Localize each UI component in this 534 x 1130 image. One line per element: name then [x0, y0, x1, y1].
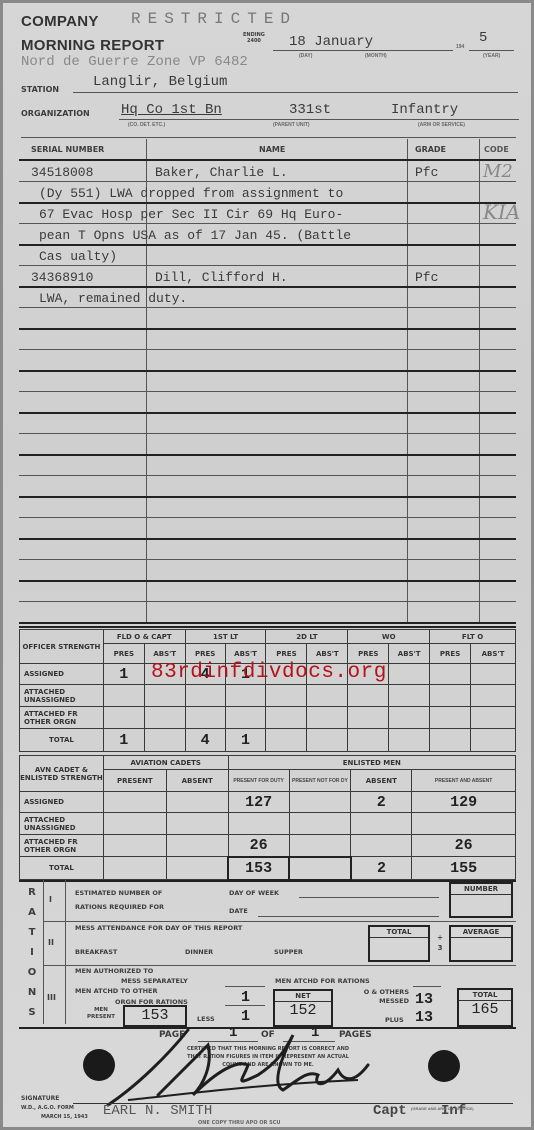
less-value: 1: [241, 1008, 250, 1025]
subcol-pres: PRES: [185, 644, 225, 664]
group-1st-lt: 1ST LT: [185, 630, 266, 644]
signer-name: EARL N. SMITH: [103, 1103, 212, 1119]
year-caption: (YEAR): [483, 53, 500, 59]
cell: [144, 664, 185, 685]
roster-line: [19, 412, 516, 414]
cell: [166, 792, 228, 813]
men-atchd-other-underline: [225, 1005, 265, 1006]
cert-line: THAT RATION FIGURES IN ITEM III REPRESEN…: [143, 1053, 393, 1061]
rations-total-box: TOTAL 165: [457, 988, 513, 1027]
rations-letter: A: [25, 903, 39, 923]
day-of-week-label: DAY OF WEEK: [229, 889, 279, 897]
men-authorized-label1: MEN AUTHORIZED TO: [75, 967, 153, 975]
col-cadet-present: PRESENT: [103, 770, 166, 792]
net-label: NET: [275, 991, 331, 1002]
organization-unit: Hq Co 1st Bn: [121, 102, 222, 118]
row-label: TOTAL: [20, 729, 104, 752]
row-label: ATTACHED UNASSIGNED: [20, 685, 104, 707]
col-name: NAME: [259, 145, 285, 154]
subcol-abst: ABS'T: [225, 644, 266, 664]
roster-line: [19, 181, 516, 182]
cell: [430, 729, 471, 752]
subcol-pres: PRES: [266, 644, 307, 664]
rank-caption: (GRADE AND ARM OR SERVICE): [411, 1106, 474, 1111]
ending-label-bottom: 2400: [243, 38, 265, 44]
form-title-morning-report: MORNING REPORT: [21, 37, 164, 54]
station-label: STATION: [21, 85, 59, 94]
net-value: 152: [275, 1002, 331, 1019]
breakfast-label: BREAKFAST: [75, 948, 117, 956]
men-atchd-for-rations-field[interactable]: [413, 986, 441, 987]
form-id-line1: W.D., A.G.O. FORM: [21, 1105, 74, 1111]
o-others-label1: O & OTHERS: [343, 988, 409, 997]
date-label: DATE: [229, 907, 248, 915]
group-fld-o-capt: FLD O & CAPT: [103, 630, 185, 644]
punch-hole-right: [428, 1050, 460, 1082]
page-total-underline: [283, 1041, 335, 1042]
cell: [166, 857, 228, 880]
col-grade: GRADE: [415, 145, 446, 154]
number-box: NUMBER: [449, 882, 513, 918]
entry-1-code-2: KIA: [483, 200, 520, 224]
officer-strength-table: OFFICER STRENGTH FLD O & CAPT 1ST LT 2D …: [19, 629, 516, 752]
cell: 129: [412, 792, 516, 813]
officer-strength-title: OFFICER STRENGTH: [20, 630, 104, 664]
o-others-label2: MESSED: [343, 997, 409, 1006]
report-date: 18 January: [289, 34, 373, 50]
page-number-underline: [198, 1041, 258, 1042]
cell: [307, 729, 348, 752]
roster-line: [19, 244, 516, 246]
cell: [289, 835, 351, 857]
row-label: ASSIGNED: [20, 664, 104, 685]
total-attendance-box: TOTAL: [368, 925, 430, 962]
average-box: AVERAGE: [449, 925, 513, 962]
row-label: ATTACHED UNASSIGNED: [20, 813, 104, 835]
subcol-abst: ABS'T: [389, 644, 430, 664]
form-title-company: COMPANY: [21, 13, 99, 30]
cell: [166, 835, 228, 857]
net-box: NET 152: [273, 989, 333, 1027]
subcol-pres: PRES: [348, 644, 389, 664]
cell: [103, 792, 166, 813]
col-present-for-duty: PRESENT FOR DUTY: [228, 770, 289, 792]
org-caption-parent: (PARENT UNIT): [273, 122, 310, 128]
enlisted-row-attached-unassigned: ATTACHED UNASSIGNED: [20, 813, 516, 835]
entry-1-remark-line-4: Cas ualty): [39, 249, 117, 264]
section-iii-num: III: [47, 993, 56, 1002]
roster-line: [19, 370, 516, 372]
org-caption-arm: (ARM OR SERVICE): [418, 122, 465, 128]
page-label: PAGE: [159, 1030, 185, 1040]
enlisted-row-total: TOTAL 153 2 155: [20, 857, 516, 880]
cell: 4: [185, 664, 225, 685]
col-present-and-absent: PRESENT AND ABSENT: [412, 770, 516, 792]
cell: 4: [185, 729, 225, 752]
cell: [348, 729, 389, 752]
roster-line: [19, 159, 516, 161]
enlisted-row-assigned: ASSIGNED 127 2 129: [20, 792, 516, 813]
entry-1-grade: Pfc: [415, 165, 438, 180]
entry-2-remark: LWA, remained duty.: [39, 291, 187, 306]
roster-line: [19, 286, 516, 288]
rations-letter: I: [25, 943, 39, 963]
group-flt-o: FLT O: [430, 630, 516, 644]
year-prefix: 194: [456, 44, 464, 50]
entry-2-name: Dill, Clifford H.: [155, 270, 288, 285]
cell: 153: [228, 857, 289, 880]
group-wo: WO: [348, 630, 430, 644]
org-caption-unit: (CO. DET. ETC.): [128, 122, 165, 128]
entry-2-serial: 34368910: [31, 270, 93, 285]
row-label: ATTACHED FR OTHER ORGN: [20, 835, 104, 857]
cell: 1: [225, 729, 266, 752]
roster-line: [19, 328, 516, 330]
cell: [471, 729, 516, 752]
cell: 26: [412, 835, 516, 857]
rations-letter: R: [25, 883, 39, 903]
pages-label: PAGES: [339, 1030, 372, 1040]
section-i-num: I: [49, 895, 52, 904]
cell: [430, 664, 471, 685]
roster-line: [19, 223, 516, 224]
cell: 2: [351, 792, 412, 813]
signer-rank: Capt: [373, 1103, 407, 1119]
cert-line: CERTIFIED THAT THIS MORNING REPORT IS CO…: [143, 1045, 393, 1053]
cell: 26: [228, 835, 289, 857]
row-label: ATTACHED FR OTHER ORGN: [20, 707, 104, 729]
roster-top-border: [21, 137, 516, 138]
section-ii-divider: [43, 965, 516, 966]
col-cadet-absent: ABSENT: [166, 770, 228, 792]
organization-underline: [119, 119, 519, 120]
row-label: TOTAL: [20, 857, 104, 880]
entry-1-remark-line-2: 67 Evac Hosp per Sec II Cir 69 Hq Euro-: [39, 207, 343, 222]
cell: [348, 664, 389, 685]
entry-1-serial: 34518008: [31, 165, 93, 180]
cell: [103, 835, 166, 857]
roster-line: [19, 601, 516, 602]
entry-1-remark-line-3: pean T Opns USA as of 17 Jan 45. (Battle: [39, 228, 351, 243]
roster-line: [19, 349, 516, 350]
less-label: LESS: [197, 1015, 215, 1023]
enlisted-strength-table: AVN CADET & ENLISTED STRENGTH AVIATION C…: [19, 755, 516, 881]
men-present-box: 153: [123, 1005, 187, 1027]
cell: [266, 729, 307, 752]
supper-label: SUPPER: [274, 948, 303, 956]
rations-bottom-border: [19, 1027, 516, 1029]
rations-divider-2: [65, 880, 66, 1024]
page-number: 1: [229, 1025, 237, 1041]
section-i-label2: RATIONS REQUIRED FOR: [75, 903, 164, 911]
cell: 1: [103, 664, 144, 685]
men-present-value: 153: [125, 1007, 185, 1025]
subcol-pres: PRES: [430, 644, 471, 664]
cell: 155: [412, 857, 516, 880]
roster-line: [19, 538, 516, 540]
month-caption: (MONTH): [365, 53, 387, 59]
organization-arm: Infantry: [391, 102, 458, 118]
cell: 2: [351, 857, 412, 880]
cell: 1: [225, 664, 266, 685]
roster-line: [19, 622, 516, 624]
cell: [389, 729, 430, 752]
rations-side-label: R A T I O N S: [25, 883, 39, 1023]
col-serial-number: SERIAL NUMBER: [31, 145, 104, 154]
subcol-abst: ABS'T: [307, 644, 348, 664]
classification-stamp: RESTRICTED: [131, 10, 297, 28]
cell: [471, 664, 516, 685]
cell: 1: [103, 729, 144, 752]
cell: [144, 729, 185, 752]
officer-row-attached-unassigned: ATTACHED UNASSIGNED: [20, 685, 516, 707]
mess-attendance-label: MESS ATTENDANCE FOR DAY OF THIS REPORT: [75, 924, 242, 932]
rations-letter: S: [25, 1003, 39, 1023]
enlisted-row-attached-fr-other: ATTACHED FR OTHER ORGN 26 26: [20, 835, 516, 857]
page-total: 1: [311, 1025, 319, 1041]
rations-total-label: TOTAL: [459, 990, 511, 1001]
report-year: 5: [479, 30, 487, 46]
cell: 127: [228, 792, 289, 813]
men-atchd-for-rations-label: MEN ATCHD FOR RATIONS: [275, 977, 370, 985]
col-code: CODE: [484, 145, 509, 154]
roster-line: [19, 307, 516, 308]
rations-top-border: [19, 880, 516, 882]
date-field[interactable]: [258, 916, 439, 917]
roster-col-divider-3: [479, 139, 480, 623]
men-present-label: MEN PRESENT: [81, 1007, 121, 1021]
organization-label: ORGANIZATION: [21, 109, 90, 118]
roster-col-divider-2: [407, 139, 408, 623]
cell: [351, 835, 412, 857]
roster-line: [19, 454, 516, 456]
mess-separately-field[interactable]: [225, 986, 265, 987]
enlisted-strength-title: AVN CADET & ENLISTED STRENGTH: [20, 756, 104, 792]
station-value: Langlir, Belgium: [93, 74, 227, 90]
o-others-value: 13: [415, 991, 433, 1008]
entry-1-code: M2: [483, 161, 513, 182]
roster-line: [19, 475, 516, 476]
men-atchd-other-value: 1: [241, 989, 250, 1006]
station-underline: [73, 92, 518, 93]
average-label: AVERAGE: [451, 927, 511, 938]
rations-letter: T: [25, 923, 39, 943]
cell: [103, 857, 166, 880]
roster-bottom-border: [19, 626, 516, 628]
divide-by-three: ÷ 3: [435, 933, 445, 953]
certification-text: CERTIFIED THAT THIS MORNING REPORT IS CO…: [143, 1045, 393, 1069]
date-underline: [273, 50, 453, 51]
roster-line: [19, 517, 516, 518]
group-2d-lt: 2D LT: [266, 630, 348, 644]
cell: [289, 792, 351, 813]
copy-note: ONE COPY THRU APO OR SCU: [198, 1120, 280, 1126]
rations-letter: O: [25, 963, 39, 983]
section-i-divider: [43, 921, 516, 922]
entry-1-remark-line-1: (Dy 551) LWA dropped from assignment to: [39, 186, 343, 201]
entry-2-grade: Pfc: [415, 270, 438, 285]
number-label: NUMBER: [451, 884, 511, 895]
day-of-week-field[interactable]: [299, 897, 439, 898]
roster-line: [19, 433, 516, 434]
entry-1-name: Baker, Charlie L.: [155, 165, 288, 180]
ending-label: ENDING 2400: [243, 32, 265, 44]
rations-letter: N: [25, 983, 39, 1003]
of-label: OF: [261, 1030, 275, 1040]
organization-parent: 331st: [289, 102, 331, 118]
col-present-not-for-duty: PRESENT NOT FOR DY: [289, 770, 351, 792]
o-others-label: O & OTHERS MESSED: [343, 988, 409, 1006]
cell: [289, 857, 351, 880]
plus-value: 13: [415, 1009, 433, 1026]
officer-row-total: TOTAL 1 4 1: [20, 729, 516, 752]
section-ii-num: II: [48, 938, 54, 947]
plus-label: PLUS: [385, 1016, 404, 1024]
group-enlisted-men: ENLISTED MEN: [228, 756, 515, 770]
men-atchd-other-label1: MEN ATCHD TO OTHER: [75, 987, 158, 995]
men-authorized-label2: MESS SEPARATELY: [121, 977, 188, 985]
roster-line: [19, 559, 516, 560]
roster-line: [19, 580, 516, 582]
subcol-abst: ABS'T: [471, 644, 516, 664]
officer-row-assigned: ASSIGNED 1 4 1: [20, 664, 516, 685]
day-caption: (DAY): [299, 53, 312, 59]
location-note: Nord de Guerre Zone VP 6482: [21, 54, 248, 70]
form-id-line2: MARCH 15, 1943: [41, 1114, 88, 1120]
cell: [266, 664, 307, 685]
subcol-abst: ABS'T: [144, 644, 185, 664]
roster-line: [19, 391, 516, 392]
year-underline: [469, 50, 514, 51]
roster-line: [19, 496, 516, 498]
row-label: ASSIGNED: [20, 792, 104, 813]
officer-row-attached-fr-other: ATTACHED FR OTHER ORGN: [20, 707, 516, 729]
section-i-label1: ESTIMATED NUMBER OF: [75, 889, 162, 897]
morning-report-document: COMPANY RESTRICTED MORNING REPORT ENDING…: [0, 0, 534, 1130]
cert-line: COUNT AND ARE KNOWN TO ME.: [143, 1061, 393, 1069]
rations-total-value: 165: [459, 1001, 511, 1018]
rations-divider-1: [43, 880, 44, 1024]
signature-label: SIGNATURE: [21, 1095, 59, 1102]
subcol-pres: PRES: [103, 644, 144, 664]
punch-hole-left: [83, 1049, 115, 1081]
group-aviation-cadets: AVIATION CADETS: [103, 756, 228, 770]
total-label: TOTAL: [370, 927, 428, 938]
roster-line: [19, 265, 516, 266]
col-enlisted-absent: ABSENT: [351, 770, 412, 792]
cell: [389, 664, 430, 685]
dinner-label: DINNER: [185, 948, 213, 956]
cell: [307, 664, 348, 685]
roster-line: [19, 202, 516, 204]
